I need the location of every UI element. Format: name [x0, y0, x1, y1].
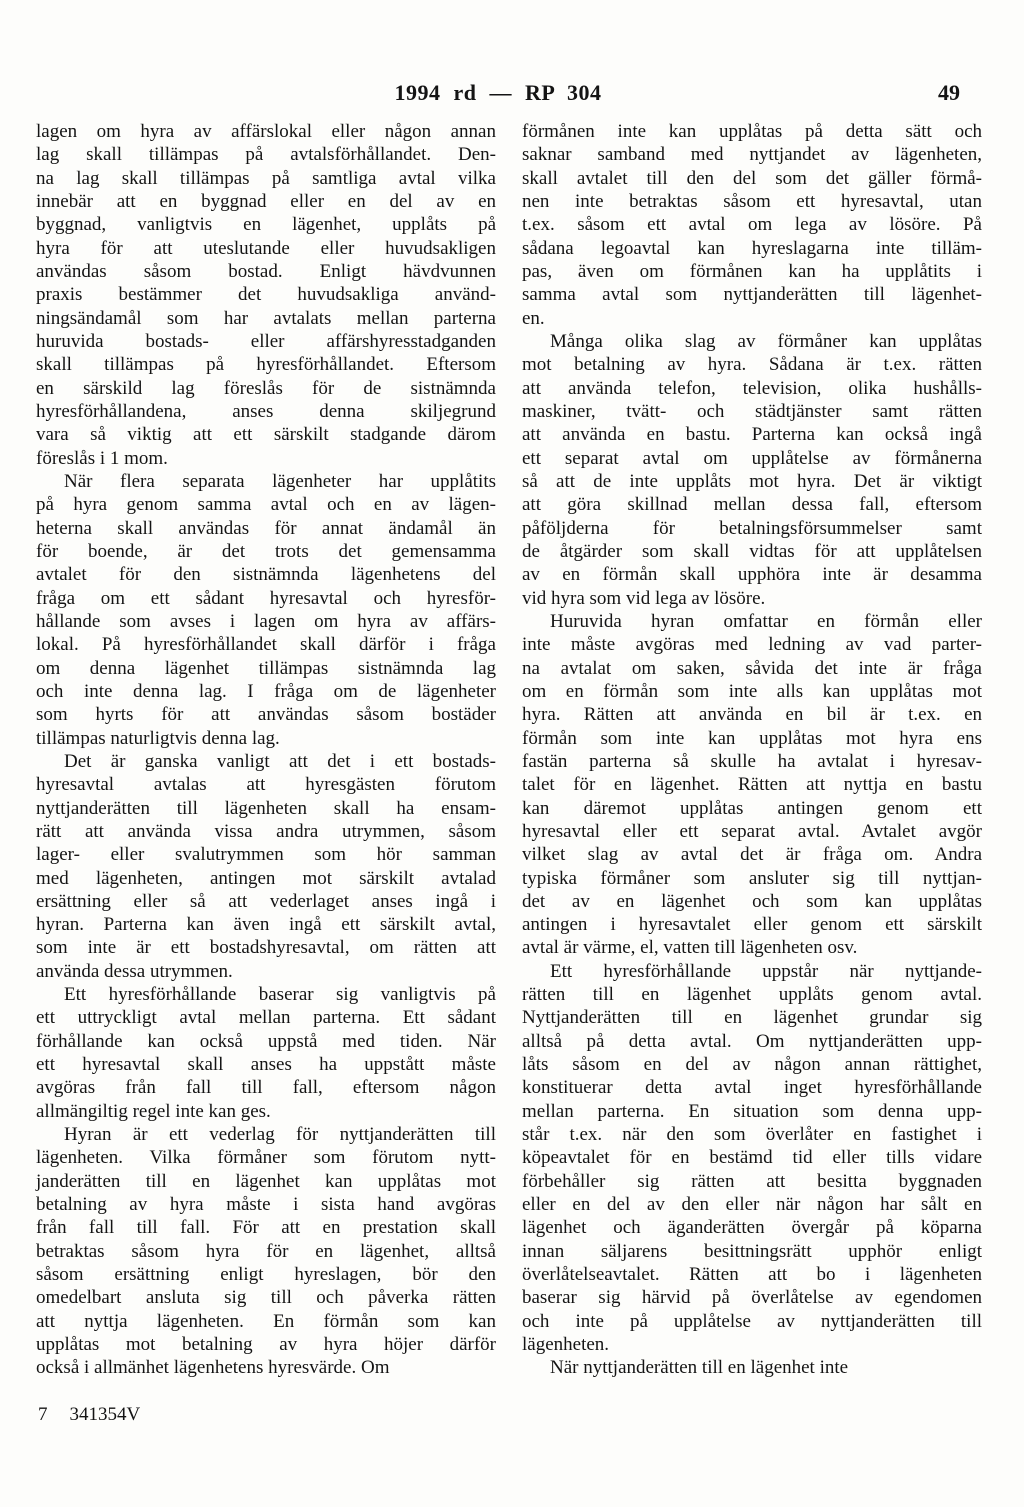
text-line: kan däremot upplåtas antingen genom ett: [522, 797, 982, 820]
text-line: huruvida bostads- eller affärshyresstadg…: [36, 330, 496, 353]
text-line: föreslås i 1 mom.: [36, 447, 496, 470]
text-line: janderätten till en lägenhet kan upplåta…: [36, 1170, 496, 1193]
text-line: Många olika slag av förmåner kan upplåta…: [522, 330, 982, 353]
text-line: inte måste avgöras med ledning av vad pa…: [522, 633, 982, 656]
text-line: också i allmänhet lägenhetens hyresvärde…: [36, 1356, 496, 1379]
text-line: hållande som avses i lagen om hyra av af…: [36, 610, 496, 633]
text-line: att använda telefon, television, olika h…: [522, 377, 982, 400]
text-line: som inte är ett bostadshyresavtal, om rä…: [36, 936, 496, 959]
text-line: från fall till fall. För att en prestati…: [36, 1216, 496, 1239]
text-line: de åtgärder som skall vidtas för att upp…: [522, 540, 982, 563]
text-line: rätten till en lägenhet upplåts genom av…: [522, 983, 982, 1006]
text-line: vid hyra som vid lega av lösöre.: [522, 587, 982, 610]
text-line: att göra skillnad mellan dessa fall, eft…: [522, 493, 982, 516]
text-line: av en förmån skall upphöra inte är desam…: [522, 563, 982, 586]
text-line: heterna skall användas för annat ändamål…: [36, 517, 496, 540]
text-line: att använda en bastu. Parterna kan också…: [522, 423, 982, 446]
text-line: maskiner, tvätt- och städtjänster samt r…: [522, 400, 982, 423]
text-line: mot betalning av hyra. Sådana är t.ex. r…: [522, 353, 982, 376]
text-line: eller en del av den eller när någon har …: [522, 1193, 982, 1216]
text-line: nen inte betraktas såsom ett hyresavtal,…: [522, 190, 982, 213]
text-line: hyresavtal eller ett separat avtal. Avta…: [522, 820, 982, 843]
text-line: t.ex. såsom ett avtal om lega av lösöre.…: [522, 213, 982, 236]
text-line: Det är ganska vanligt att det i ett bost…: [36, 750, 496, 773]
paragraph: förmånen inte kan upplåtas på detta sätt…: [522, 120, 982, 330]
paragraph: Många olika slag av förmåner kan upplåta…: [522, 330, 982, 610]
text-line: påföljderna för betalningsförsummelser s…: [522, 517, 982, 540]
left-column: lagen om hyra av affärslokal eller någon…: [36, 120, 496, 1380]
text-line: samma avtal som nyttjanderätten till läg…: [522, 283, 982, 306]
text-line: skall avtalet till den del som det gälle…: [522, 167, 982, 190]
text-line: innebär att en byggnad eller en del av e…: [36, 190, 496, 213]
text-line: en särskild lag föreslås för de sistnämn…: [36, 377, 496, 400]
text-line: ningsändamål som har avtalats mellan par…: [36, 307, 496, 330]
text-line: med lägenheten, antingen mot särskilt av…: [36, 867, 496, 890]
text-line: tillämpas naturligtvis denna lag.: [36, 727, 496, 750]
text-line: Nyttjanderätten till en lägenhet grundar…: [522, 1006, 982, 1029]
text-line: avtal är värme, el, vatten till lägenhet…: [522, 936, 982, 959]
text-line: skall tillämpas på hyresförhållandet. Ef…: [36, 353, 496, 376]
paragraph: När nyttjanderätten till en lägenhet int…: [522, 1356, 982, 1379]
text-line: står t.ex. när den som överlåter en fast…: [522, 1123, 982, 1146]
text-line: hyran. Parterna kan även ingå ett särski…: [36, 913, 496, 936]
text-line: förmån som inte kan upplåtas mot hyra en…: [522, 727, 982, 750]
text-line: mellan parterna. En situation som denna …: [522, 1100, 982, 1123]
text-line: När nyttjanderätten till en lägenhet int…: [522, 1356, 982, 1379]
text-line: på hyra genom samma avtal och en av läge…: [36, 493, 496, 516]
text-line: allmängiltig regel inte kan ges.: [36, 1100, 496, 1123]
text-line: talet för en lägenhet. Rätten att nyttja…: [522, 773, 982, 796]
text-line: betalning av hyra måste i sista hand avg…: [36, 1193, 496, 1216]
text-line: köpeavtalet för en bestämd tid eller til…: [522, 1146, 982, 1169]
text-line: lokal. På hyresförhållandet skall därför…: [36, 633, 496, 656]
text-line: avgöras från fall till fall, eftersom nå…: [36, 1076, 496, 1099]
text-line: na avtalat om saken, såvida det inte är …: [522, 657, 982, 680]
text-line: saknar samband med nyttjandet av lägenhe…: [522, 143, 982, 166]
page-footer: 7341354V: [38, 1403, 140, 1427]
paragraph: Hyran är ett vederlag för nyttjanderätte…: [36, 1123, 496, 1380]
text-line: så att de inte upplåts mot hyra. Det är …: [522, 470, 982, 493]
text-line: det av en lägenhet och som kan upplåtas: [522, 890, 982, 913]
text-line: lägenhet och äganderätten övergår på köp…: [522, 1216, 982, 1239]
text-line: vilket slag av avtal det är fråga om. An…: [522, 843, 982, 866]
text-line: lägenheten.: [522, 1333, 982, 1356]
text-line: hyra för att uteslutande eller huvudsakl…: [36, 237, 496, 260]
text-line: innan säljarens besittningsrätt upphör e…: [522, 1240, 982, 1263]
text-line: antingen i hyresavtalet eller genom ett …: [522, 913, 982, 936]
paragraph: Ett hyresförhållande uppstår när nyttjan…: [522, 960, 982, 1357]
text-line: Huruvida hyran omfattar en förmån eller: [522, 610, 982, 633]
text-line: typiska förmåner som ansluter sig till n…: [522, 867, 982, 890]
text-line: ett hyresavtal skall anses ha uppstått m…: [36, 1053, 496, 1076]
text-line: praxis bestämmer det huvudsakliga använd…: [36, 283, 496, 306]
text-line: betraktas såsom hyra för en lägenhet, al…: [36, 1240, 496, 1263]
text-line: såsom ersättning enligt hyreslagen, bör …: [36, 1263, 496, 1286]
text-line: en.: [522, 307, 982, 330]
text-line: ett separat avtal om upplåtelse av förmå…: [522, 447, 982, 470]
text-line: om denna lägenhet tillämpas sistnämnda l…: [36, 657, 496, 680]
paragraph: När flera separata lägenheter har upplåt…: [36, 470, 496, 750]
text-line: avtalet för den sistnämnda lägenhetens d…: [36, 563, 496, 586]
text-line: vara så viktig att ett särskilt stadgand…: [36, 423, 496, 446]
text-line: konstituerar detta avtal inget hyresförh…: [522, 1076, 982, 1099]
text-line: om en förmån som inte alls kan upplåtas …: [522, 680, 982, 703]
right-column: förmånen inte kan upplåtas på detta sätt…: [522, 120, 982, 1380]
paragraph: Ett hyresförhållande baserar sig vanligt…: [36, 983, 496, 1123]
print-code: 341354V: [70, 1404, 141, 1425]
text-line: na lag skall tillämpas på samtliga avtal…: [36, 167, 496, 190]
text-line: använda dessa utrymmen.: [36, 960, 496, 983]
text-line: fråga om ett sådant hyresavtal och hyres…: [36, 587, 496, 610]
text-line: upplåtas mot betalning av hyra höjer där…: [36, 1333, 496, 1356]
signature-number: 7: [38, 1404, 48, 1425]
text-line: överlåtelseavtalet. Rätten att bo i läge…: [522, 1263, 982, 1286]
text-line: och inte på upplåtelse av nyttjanderätte…: [522, 1310, 982, 1333]
text-line: förmånen inte kan upplåtas på detta sätt…: [522, 120, 982, 143]
page-header: 1994 rd — RP 304 49: [36, 80, 960, 106]
text-line: hyresförhållandena, anses denna skiljegr…: [36, 400, 496, 423]
text-line: lagen om hyra av affärslokal eller någon…: [36, 120, 496, 143]
text-line: nyttjanderätten till lägenheten skall ha…: [36, 797, 496, 820]
text-line: lägenheten. Vilka förmåner som förutom n…: [36, 1146, 496, 1169]
text-line: ersättning eller så att vederlaget anses…: [36, 890, 496, 913]
document-title: 1994 rd — RP 304: [394, 80, 601, 105]
text-line: förbehåller sig rätten att besitta byggn…: [522, 1170, 982, 1193]
text-line: och inte denna lag. I fråga om de lägenh…: [36, 680, 496, 703]
document-page: 1994 rd — RP 304 49 lagen om hyra av aff…: [0, 0, 1024, 1507]
text-line: låts såsom en del av någon annan rättigh…: [522, 1053, 982, 1076]
text-line: fastän parterna så skulle ha avtalat i h…: [522, 750, 982, 773]
text-line: baserar sig härvid på överlåtelse av ege…: [522, 1286, 982, 1309]
text-columns: lagen om hyra av affärslokal eller någon…: [36, 120, 982, 1380]
paragraph: lagen om hyra av affärslokal eller någon…: [36, 120, 496, 470]
text-line: omedelbart ansluta sig till och påverka …: [36, 1286, 496, 1309]
paragraph: Det är ganska vanligt att det i ett bost…: [36, 750, 496, 983]
text-line: för boende, är det trots det gemensamma: [36, 540, 496, 563]
text-line: sådana legoavtal kan hyreslagarna inte t…: [522, 237, 982, 260]
page-number: 49: [938, 80, 960, 106]
text-line: byggnad, vanligtvis en lägenhet, upplåts…: [36, 213, 496, 236]
text-line: alltså på detta avtal. Om nyttjanderätte…: [522, 1030, 982, 1053]
paragraph: Huruvida hyran omfattar en förmån elleri…: [522, 610, 982, 960]
text-line: hyresavtal avtalas att hyresgästen förut…: [36, 773, 496, 796]
text-line: att nyttja lägenheten. En förmån som kan: [36, 1310, 496, 1333]
text-line: Hyran är ett vederlag för nyttjanderätte…: [36, 1123, 496, 1146]
text-line: pas, även om förmånen kan ha upplåtits i: [522, 260, 982, 283]
text-line: ett uttryckligt avtal mellan parterna. E…: [36, 1006, 496, 1029]
text-line: Ett hyresförhållande uppstår när nyttjan…: [522, 960, 982, 983]
text-line: hyra. Rätten att använda en bil är t.ex.…: [522, 703, 982, 726]
text-line: som hyrts för att användas såsom bostäde…: [36, 703, 496, 726]
text-line: lager- eller svalutrymmen som hör samman: [36, 843, 496, 866]
text-line: användas såsom bostad. Enligt hävdvunnen: [36, 260, 496, 283]
text-line: förhållande kan också uppstå med tiden. …: [36, 1030, 496, 1053]
text-line: Ett hyresförhållande baserar sig vanligt…: [36, 983, 496, 1006]
text-line: När flera separata lägenheter har upplåt…: [36, 470, 496, 493]
text-line: rätt att använda vissa andra utrymmen, s…: [36, 820, 496, 843]
text-line: lag skall tillämpas på avtalsförhållande…: [36, 143, 496, 166]
